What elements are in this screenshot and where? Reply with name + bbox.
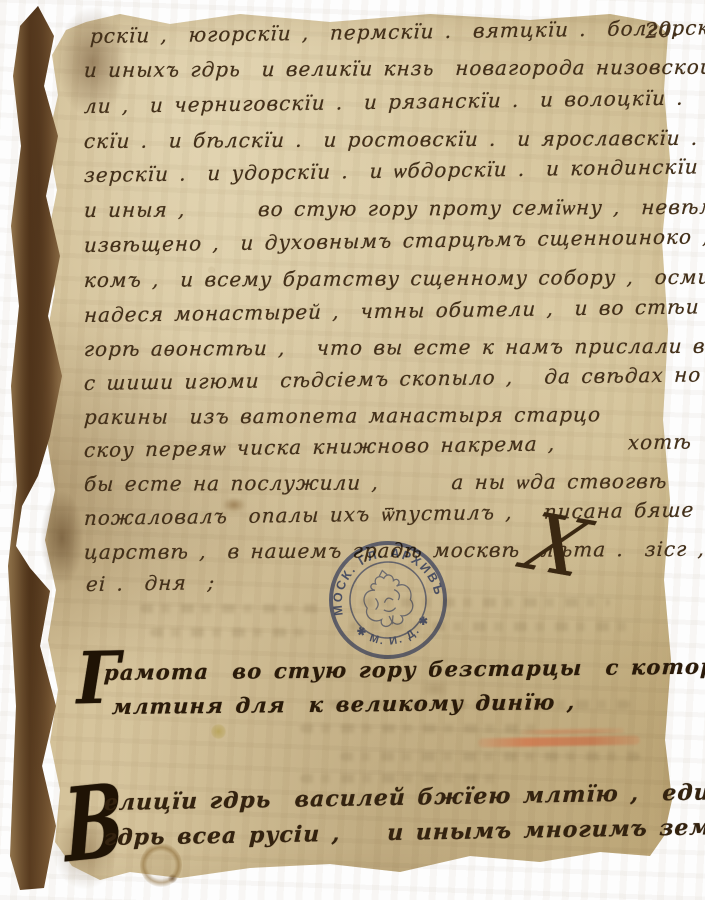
manuscript-line: горѣ аѳонстѣи , что вы есте к намъ присл…: [83, 333, 705, 361]
manuscript-line: еі . дня ;: [86, 570, 216, 596]
manuscript-line: комъ , и всему братству сщенному собору …: [83, 265, 705, 292]
manuscript-line: скїи . и бѣлскїи . и ростовскїи . и ярос…: [83, 125, 705, 153]
manuscript-line: и иныя , во стую гору проту семїѡну , не…: [83, 195, 705, 223]
svg-text:МОСК. ГЛ. АРХИВЪ: МОСК. ГЛ. АРХИВЪ: [320, 536, 446, 618]
manuscript-photo: 20. рскїи , югорскїи , пермскїи . вятцкї…: [0, 0, 705, 900]
svg-text:✱ М. И. Д. ✱: ✱ М. И. Д. ✱: [352, 611, 437, 655]
manuscript-line: и иныхъ гдрь и великїи кнзь новагорода н…: [83, 54, 705, 82]
stamp-text-top: МОСК. ГЛ. АРХИВЪ: [320, 536, 446, 618]
heading-line: млтиня для к великому динїю ,: [111, 689, 576, 719]
stamp-text-bottom: ✱ М. И. Д. ✱: [352, 611, 437, 655]
closing-initial: В: [62, 770, 126, 877]
manuscript-line: ракины изъ ватопета манастыря старцо: [83, 402, 601, 429]
double-headed-eagle-icon: [359, 566, 416, 630]
manuscript-line: бы есте на послужили , а ны ѡда ствогвѣ: [83, 469, 668, 497]
